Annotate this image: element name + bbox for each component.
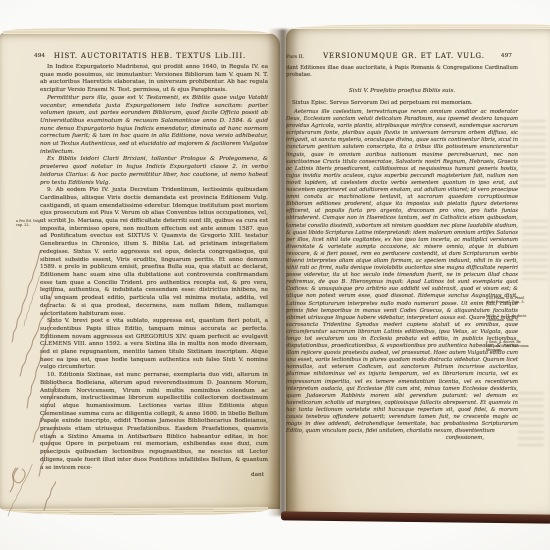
left-catchword: dant xyxy=(40,472,264,480)
text-showthrough xyxy=(518,392,544,450)
left-page-body: In Indice Expurgatorio Madritensi, qui p… xyxy=(40,64,268,480)
text-showthrough xyxy=(522,220,548,280)
right-page-number: 497 xyxy=(501,53,512,59)
paragraph: 9. Ab eodem Pio IV. juxta Decretum Tride… xyxy=(40,187,268,318)
right-catchword: confessionem, xyxy=(286,435,484,442)
right-margin-note-b: b Lib. 2. c. 11. de doctr. Christiana. T… xyxy=(486,314,532,322)
right-margin-note-a: a In Psalm. & in Praef. quat. Evangel. T… xyxy=(486,296,532,304)
left-running-head: 494 HIST. AUCTORITATIS HEB. TEXTUS Lib.I… xyxy=(30,52,270,60)
paragraph: In Indice Expurgatorio Madritensi, qui p… xyxy=(40,64,268,95)
paragraph: Permittitur pars illa, quae est V. Testa… xyxy=(40,95,268,157)
right-page-body: Aeternus ille caelestium, terrestriumque… xyxy=(286,109,518,442)
right-header-title: VERSIONUMQUE GR. ET LAT. VULG. xyxy=(286,52,522,60)
bull-salutation: Sixtus Episc. Servus Servorum Dei ad per… xyxy=(286,100,518,106)
right-margin-note-c: c Sess. 4. decret. de editione & usu sac… xyxy=(486,340,532,352)
paragraph: Ex Bibliis Isidori Clarii Brixiani, toll… xyxy=(40,156,268,187)
paragraph: 10. Editionis Sixtinae, est nunc perrara… xyxy=(40,372,268,472)
left-header-title: HIST. AUCTORITATIS HEB. TEXTUS Lib.III. xyxy=(30,52,270,60)
binding-edge xyxy=(281,511,550,523)
handwritten-marginalia xyxy=(4,230,56,522)
left-margin-note: a Pro Ed. Vulg. cap. 22. xyxy=(16,219,42,227)
part-label: Pars II. xyxy=(286,54,304,60)
text-showthrough xyxy=(520,120,546,190)
section-heading: Sixti V. Praefatio praefixa Bibliis suis… xyxy=(286,88,518,94)
left-page-number: 494 xyxy=(34,53,45,59)
continuation-paragraph: dant Editiones illae duae auctoritate, à… xyxy=(286,65,518,78)
book-photograph: 494 HIST. AUCTORITATIS HEB. TEXTUS Lib.I… xyxy=(0,0,550,550)
right-running-head: Pars II. VERSIONUMQUE GR. ET LAT. VULG. … xyxy=(286,52,522,60)
paragraph: Aeternus ille caelestium, terrestriumque… xyxy=(286,109,518,435)
paragraph: Sixto V. brevi post e vita sublato, supp… xyxy=(40,318,268,372)
